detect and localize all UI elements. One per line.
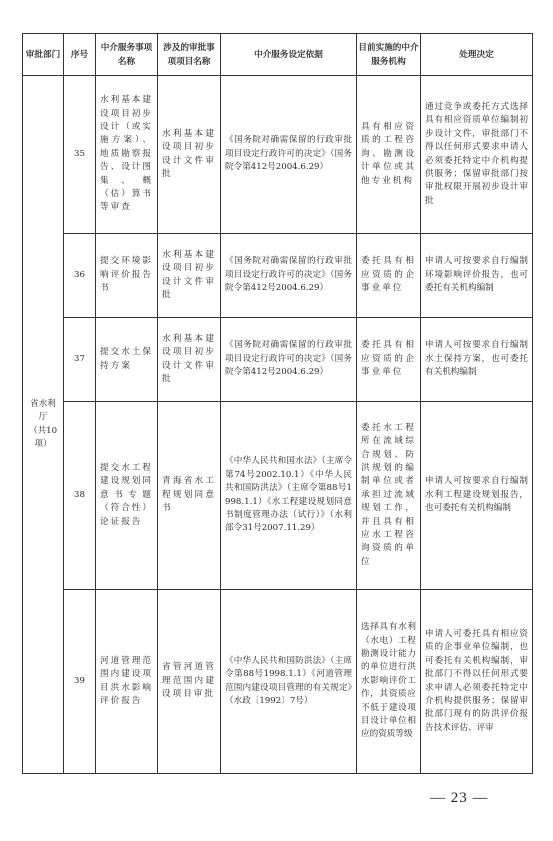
approval-item-cell: 水利基本建设项目初步设计文件审批 [158,318,221,402]
decision-cell: 申请人可按要求自行编制水土保持方案，也可委托有关机构编制 [421,318,533,402]
dept-name: 省水利厅 [27,398,59,425]
seq-cell: 37 [64,318,96,402]
header-seq: 序号 [64,34,96,76]
service-name-cell: 提交水土保持方案 [96,318,158,402]
decision-cell: 通过竞争或委托方式选择具有相应资质单位编制初步设计文件，审批部门不得以任何形式要… [421,76,533,234]
approval-item-cell: 水利基本建设项目初步设计文件审批 [158,76,221,234]
seq-cell: 39 [64,590,96,774]
current-agency-cell: 委托水工程所在流域综合规划、防洪规划的编制单位或者承担过流域规划工作，并且具有相… [357,402,421,590]
header-basis: 中介服务设定依据 [221,34,357,76]
page-number: — 23 — [430,790,489,807]
table-row: 36 提交环境影响评价报告书 水利基本建设项目初步设计文件审批 《国务院对确需保… [23,234,533,318]
basis-cell: 《中华人民共和国水法》（主席令第74号2002.10.1）《中华人民共和国防洪法… [221,402,357,590]
seq-cell: 36 [64,234,96,318]
decision-cell: 申请人可委托具有相应资质的企事业单位编制，也可委托有关机构编制，审批部门不得以任… [421,590,533,774]
basis-cell: 《国务院对确需保留的行政审批项目设定行政许可的决定》（国务院令第412号2004… [221,234,357,318]
basis-cell: 《中华人民共和国防洪法》（主席令第88号1998.1.1）《河道管理范围内建设项… [221,590,357,774]
header-current-agency: 目前实施的中介服务机构 [357,34,421,76]
table-row: 37 提交水土保持方案 水利基本建设项目初步设计文件审批 《国务院对确需保留的行… [23,318,533,402]
basis-cell: 《国务院对确需保留的行政审批项目设定行政许可的决定》（国务院令第412号2004… [221,76,357,234]
table-row: 38 提交水工程建设规划同意书专题（符合性）论证报告 青海省水工程规划同意书 《… [23,402,533,590]
decision-cell: 申请人可按要求自行编制水利工程建设规划报告，也可委托有关机构编制 [421,402,533,590]
approval-item-cell: 青海省水工程规划同意书 [158,402,221,590]
service-name-cell: 河道管理范围内建设项目洪水影响评价报告 [96,590,158,774]
current-agency-cell: 选择具有水利（水电）工程勘测设计能力的单位进行洪水影响评价工作，其资质应不低于建… [357,590,421,774]
current-agency-cell: 具有相应资质的工程咨询、勘测设计单位或其他专业机构 [357,76,421,234]
current-agency-cell: 委托具有相应资质的企事业单位 [357,234,421,318]
header-approval-item: 涉及的审批事项项目名称 [158,34,221,76]
table-row: 省水利厅 （共10项） 35 水利基本建设项目初步设计（或实施方案）、地质勘察报… [23,76,533,234]
dept-cell: 省水利厅 （共10项） [23,76,64,774]
header-decision: 处理决定 [421,34,533,76]
approval-item-cell: 水利基本建设项目初步设计文件审批 [158,234,221,318]
header-service-name: 中介服务事项名称 [96,34,158,76]
approval-intermediary-services-table: 审批部门 序号 中介服务事项名称 涉及的审批事项项目名称 中介服务设定依据 目前… [22,33,533,774]
service-name-cell: 提交水工程建设规划同意书专题（符合性）论证报告 [96,402,158,590]
seq-cell: 38 [64,402,96,590]
approval-item-cell: 省管河道管理范围内建设项目审批 [158,590,221,774]
service-name-cell: 提交环境影响评价报告书 [96,234,158,318]
header-dept: 审批部门 [23,34,64,76]
basis-cell: 《国务院对确需保留的行政审批项目设定行政许可的决定》（国务院令第412号2004… [221,318,357,402]
table-row: 39 河道管理范围内建设项目洪水影响评价报告 省管河道管理范围内建设项目审批 《… [23,590,533,774]
service-name-cell: 水利基本建设项目初步设计（或实施方案）、地质勘察报告、设计图集、概（估）算书等审… [96,76,158,234]
dept-count: （共10项） [27,425,59,452]
decision-cell: 申请人可按要求自行编制环境影响评价报告，也可委托有关机构编制 [421,234,533,318]
seq-cell: 35 [64,76,96,234]
current-agency-cell: 委托具有相应资质的企事业单位 [357,318,421,402]
header-row: 审批部门 序号 中介服务事项名称 涉及的审批事项项目名称 中介服务设定依据 目前… [23,34,533,76]
